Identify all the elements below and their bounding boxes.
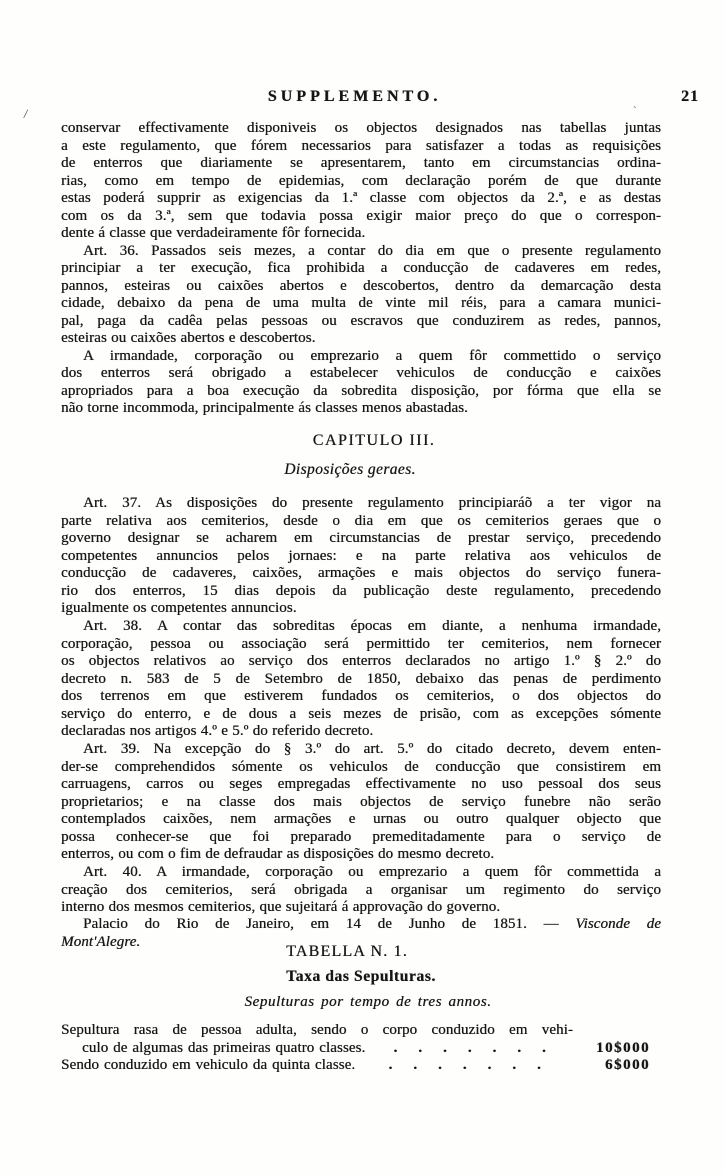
chapter-heading: CAPITULO III.: [74, 432, 674, 449]
table-title: TABELLA N. 1.: [47, 943, 647, 960]
text-line: cidade, debaixo da pena de uma multa de …: [61, 295, 661, 313]
page-number: 21: [681, 88, 699, 106]
text-line: enterros, ou com o fim de defraudar as d…: [61, 846, 661, 864]
paragraph-art-36: Art. 36. Passados seis mezes, a contar d…: [61, 243, 661, 348]
text-line: competentes annuncios pelos jornaes: e n…: [61, 548, 661, 566]
text-line: governo designar se acharem em circumsta…: [61, 530, 661, 548]
text-line: proprietarios; e na classe dos mais obje…: [61, 794, 661, 812]
text-line: Art. 40. A irmandade, corporação ou empr…: [61, 864, 661, 882]
text-line: conducção de cadaveres, caixões, armaçõe…: [61, 565, 661, 583]
page-title: SUPPLEMENTO.: [0, 88, 717, 106]
scan-artifact-slash: /: [23, 108, 28, 119]
text-line: decreto n. 583 de 5 de Setembro de 1850,…: [61, 671, 661, 689]
text-line: Art. 39. Na excepção do § 3.º do art. 5.…: [61, 741, 661, 759]
text-line: corporação, pessoa ou associação será pe…: [61, 636, 661, 654]
text-line: rias, como em tempo de epidemias, com de…: [61, 173, 661, 191]
text-line: declaradas nos artigos 4.º e 5.º do refe…: [61, 723, 661, 741]
text-line: possa conhecer-se que foi preparado prem…: [61, 829, 661, 847]
text-line: pal, paga da cadêa pelas pessoas ou escr…: [61, 313, 661, 331]
paragraph-art-40: Art. 40. A irmandade, corporação ou empr…: [61, 864, 661, 917]
text-line: os objectos relativos ao serviço dos ent…: [61, 653, 661, 671]
text-line: estas poderá supprir as exigencias da 1.…: [61, 190, 661, 208]
row-label: Sendo conduzido em vehiculo da quinta cl…: [61, 1057, 355, 1075]
text-line: parte relativa aos cemiterios, desde o d…: [61, 513, 661, 531]
text-line: dente á classe que verdadeiramente fôr f…: [61, 225, 661, 243]
paragraph-art-37: Art. 37. As disposições do presente regu…: [61, 495, 661, 618]
row-price: 6$000: [585, 1057, 661, 1075]
text-line: não torne incommoda, principalmente ás c…: [61, 400, 661, 418]
leader-dots: .......: [365, 1040, 585, 1058]
table-row-entry-line: Sepultura rasa de pessoa adulta, sendo o…: [61, 1022, 573, 1040]
text-line: carruagens, carros ou seges empregadas e…: [61, 776, 661, 794]
scanned-document-page: / ` ” SUPPLEMENTO. 21 conservar effectiv…: [0, 0, 725, 1175]
text-line: Art. 38. A contar das sobreditas épocas …: [61, 618, 661, 636]
text-line: contemplados caixões, nem armações e urn…: [61, 811, 661, 829]
table-caption: Sepulturas por tempo de tres annos.: [68, 994, 668, 1011]
text-line: Art. 37. As disposições do presente regu…: [61, 495, 661, 513]
text-line: esteiras ou caixões abertos e descoberto…: [61, 330, 661, 348]
text-line: dos enterros será obrigado a estabelecer…: [61, 365, 661, 383]
text-line: igualmente os competentes annuncios.: [61, 600, 661, 618]
leader-dots: .......: [355, 1057, 585, 1075]
text-line: principiar a ter execução, fica prohibid…: [61, 260, 661, 278]
text-line: interno dos mesmos cemiterios, que sujei…: [61, 899, 661, 917]
signatory-name-part1: Visconde de: [575, 916, 661, 932]
fee-table: Sepultura rasa de pessoa adulta, sendo o…: [61, 1022, 661, 1075]
row-label: culo de algumas das primeiras quatro cla…: [61, 1040, 365, 1058]
paragraph-art-38: Art. 38. A contar das sobreditas épocas …: [61, 618, 661, 741]
text-line: Art. 36. Passados seis mezes, a contar d…: [61, 243, 661, 261]
text-line: Palacio do Rio de Janeiro, em 14 de Junh…: [61, 916, 661, 934]
text-line: creação dos cemiterios, será obrigada a …: [61, 882, 661, 900]
text-line: apropriados para a boa execução da sobre…: [61, 383, 661, 401]
text-line: der-se comprehendidos sómente os vehicul…: [61, 759, 661, 777]
dateline-text: Palacio do Rio de Janeiro, em 14 de Junh…: [83, 916, 559, 932]
text-line: A irmandade, corporação ou emprezario a …: [61, 348, 661, 366]
paragraph-art-39: Art. 39. Na excepção do § 3.º do art. 5.…: [61, 741, 661, 864]
text-line: com os da 3.ª, sem que todavia possa exi…: [61, 208, 661, 226]
chapter-subheading: Disposições geraes.: [50, 461, 650, 478]
text-line: pannos, esteiras ou caixões abertos e de…: [61, 278, 661, 296]
running-head: SUPPLEMENTO. 21: [0, 88, 725, 108]
text-line: de enterros que diariamente se apresenta…: [61, 155, 661, 173]
table-row: culo de algumas das primeiras quatro cla…: [61, 1040, 661, 1058]
text-line: conservar effectivamente disponiveis os …: [61, 120, 661, 138]
row-price: 10$000: [585, 1040, 661, 1058]
table-subtitle: Taxa das Sepulturas.: [61, 968, 661, 985]
paragraph-intro: conservar effectivamente disponiveis os …: [61, 120, 661, 243]
paragraph-irmandade: A irmandade, corporação ou emprezario a …: [61, 348, 661, 418]
text-line: a este regulamento, que fórem necessario…: [61, 138, 661, 156]
text-line: serviço do enterro, e de dous a seis mez…: [61, 706, 661, 724]
text-line: rio dos enterros, 15 dias depois da publ…: [61, 583, 661, 601]
text-line: dos terrenos em que estiverem fundados o…: [61, 688, 661, 706]
table-row: Sendo conduzido em vehiculo da quinta cl…: [61, 1057, 661, 1075]
